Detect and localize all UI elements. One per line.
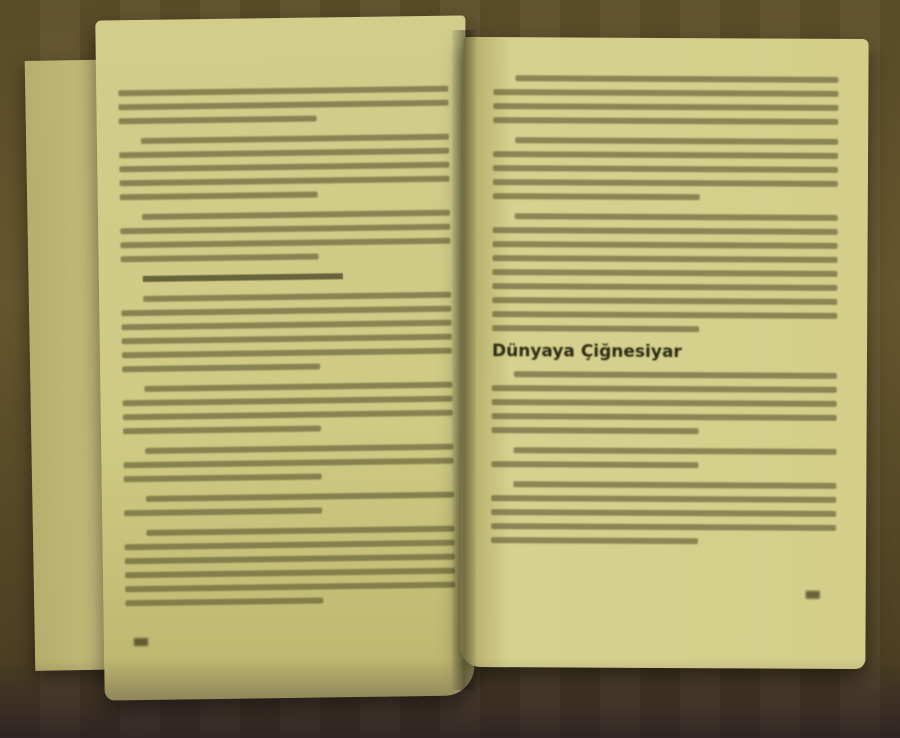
book-gutter — [452, 30, 476, 690]
left-page-subheading — [143, 273, 343, 282]
left-page-text — [118, 86, 455, 615]
left-page — [95, 15, 474, 700]
right-page-text: Dünyaya Çiğnesiyar — [491, 75, 838, 553]
bottom-shadow — [0, 658, 900, 738]
right-page: Dünyaya Çiğnesiyar — [460, 37, 868, 669]
left-page-number — [134, 638, 148, 646]
right-page-heading: Dünyaya Çiğnesiyar — [492, 341, 837, 363]
right-page-number — [806, 591, 820, 599]
